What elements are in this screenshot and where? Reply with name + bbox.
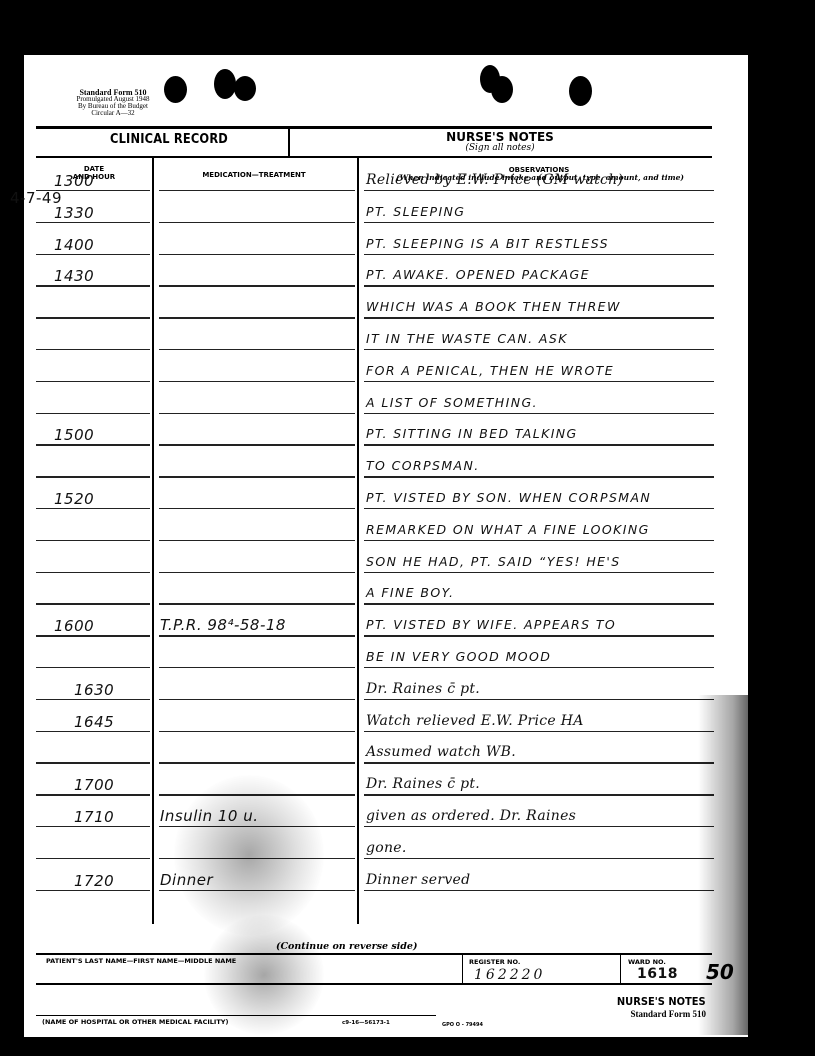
entry-observation: PT. AWAKE. OPENED PACKAGE xyxy=(366,267,590,282)
form-identification: Standard Form 510 Promulgated August 194… xyxy=(58,89,168,117)
date-cell-line xyxy=(36,572,150,573)
date-cell-line xyxy=(36,699,150,700)
entry-time: 1520 xyxy=(54,490,94,508)
nurses-notes-title: NURSE'S NOTES xyxy=(364,130,636,144)
entry-observation: given as ordered. Dr. Raines xyxy=(366,808,576,824)
entry-time: 1645 xyxy=(74,713,114,731)
medication-cell-line xyxy=(159,635,355,636)
entry-medication: T.P.R. 98⁴-58-18 xyxy=(160,616,286,634)
ward-value: 1618 xyxy=(637,966,678,982)
observation-cell-line xyxy=(364,667,714,668)
date-cell-line xyxy=(36,826,150,827)
photocopy-noise xyxy=(204,915,324,1035)
entry-observation: Watch relieved E.W. Price HA xyxy=(366,713,584,729)
observation-cell-line xyxy=(364,858,714,859)
entry-time: 1330 xyxy=(54,204,94,222)
date-cell-line xyxy=(36,508,150,509)
photocopy-noise xyxy=(174,775,324,935)
entry-observation: IT IN THE WASTE CAN. ASK xyxy=(366,331,568,346)
register-divider xyxy=(462,955,463,983)
medication-cell-line xyxy=(159,285,355,286)
entry-time: 1500 xyxy=(54,426,94,444)
register-value: 162220 xyxy=(474,967,545,983)
entry-time: 1710 xyxy=(74,808,114,826)
medication-cell-line xyxy=(159,731,355,732)
entry-time: 1630 xyxy=(74,681,114,699)
ward-divider xyxy=(620,955,621,983)
entry-observation: A FINE BOY. xyxy=(366,585,454,600)
observation-cell-line xyxy=(364,890,714,891)
observation-cell-line xyxy=(364,317,714,318)
gpo-code: GPO O - 79494 xyxy=(442,1022,483,1028)
medication-cell-line xyxy=(159,349,355,350)
footer-form-name: Standard Form 510 xyxy=(630,1009,706,1019)
observation-cell-line xyxy=(364,222,714,223)
medication-cell-line xyxy=(159,699,355,700)
date-cell-line xyxy=(36,222,150,223)
date-cell-line xyxy=(36,381,150,382)
entry-observation: PT. VISTED BY SON. WHEN CORPSMAN xyxy=(366,490,651,505)
date-cell-line xyxy=(36,413,150,414)
hospital-label: (NAME OF HOSPITAL OR OTHER MEDICAL FACIL… xyxy=(42,1018,228,1026)
date-cell-line xyxy=(36,858,150,859)
clinical-record-form: Standard Form 510 Promulgated August 194… xyxy=(24,55,748,1037)
ward-label: WARD NO. xyxy=(628,958,666,966)
medication-cell-line xyxy=(159,444,355,445)
entry-time: 1300 xyxy=(54,172,94,190)
medication-cell-line xyxy=(159,190,355,191)
punch-hole xyxy=(569,76,592,106)
punch-hole xyxy=(491,76,513,103)
entry-observation: PT. SLEEPING IS A BIT RESTLESS xyxy=(366,236,609,251)
date-cell-line xyxy=(36,762,150,763)
observation-cell-line xyxy=(364,413,714,414)
observation-cell-line xyxy=(364,603,714,604)
punch-hole xyxy=(234,76,256,101)
entry-observation: PT. VISTED BY WIFE. APPEARS TO xyxy=(366,617,616,632)
header-rule xyxy=(36,126,712,129)
medication-cell-line xyxy=(159,222,355,223)
date-cell-line xyxy=(36,317,150,318)
entry-observation: gone. xyxy=(366,840,407,856)
date-cell-line xyxy=(36,603,150,604)
photocopy-edge-shadow xyxy=(698,695,748,1035)
entry-observation: FOR A PENICAL, THEN HE WROTE xyxy=(366,363,614,378)
observation-cell-line xyxy=(364,508,714,509)
medication-cell-line xyxy=(159,413,355,414)
medication-cell-line xyxy=(159,254,355,255)
observation-cell-line xyxy=(364,190,714,191)
entry-time: 1720 xyxy=(74,872,114,890)
clinical-record-title: CLINICAL RECORD xyxy=(68,132,270,147)
medication-cell-line xyxy=(159,381,355,382)
date-cell-line xyxy=(36,349,150,350)
date-cell-line xyxy=(36,635,150,636)
title-divider xyxy=(288,128,290,157)
date-cell-line xyxy=(36,476,150,477)
title-rule xyxy=(36,156,712,158)
medication-cell-line xyxy=(159,317,355,318)
entry-observation: TO CORPSMAN. xyxy=(366,458,480,473)
entry-observation: Dinner served xyxy=(366,872,470,888)
entry-observation: A LIST OF SOMETHING. xyxy=(366,395,538,410)
observation-cell-line xyxy=(364,444,714,445)
observation-cell-line xyxy=(364,572,714,573)
observation-cell-line xyxy=(364,381,714,382)
entry-observation: Assumed watch WB. xyxy=(366,744,516,760)
entry-observation: PT. SLEEPING xyxy=(366,204,465,219)
medication-treatment-header: MEDICATION—TREATMENT xyxy=(154,171,354,179)
observation-cell-line xyxy=(364,826,714,827)
sign-all-notes: (Sign all notes) xyxy=(364,143,636,153)
date-cell-line xyxy=(36,285,150,286)
medication-cell-line xyxy=(159,667,355,668)
date-cell-line xyxy=(36,794,150,795)
observation-cell-line xyxy=(364,285,714,286)
date-cell-line xyxy=(36,540,150,541)
entry-observation: REMARKED ON WHAT A FINE LOOKING xyxy=(366,522,650,537)
medication-cell-line xyxy=(159,508,355,509)
observation-cell-line xyxy=(364,476,714,477)
entry-observation: WHICH WAS A BOOK THEN THREW xyxy=(366,299,621,314)
entry-observation: Dr. Raines c̄ pt. xyxy=(366,776,480,792)
observation-cell-line xyxy=(364,635,714,636)
entry-time: 1430 xyxy=(54,267,94,285)
observation-cell-line xyxy=(364,254,714,255)
entry-time: 1600 xyxy=(54,617,94,635)
date-cell-line xyxy=(36,667,150,668)
medication-cell-line xyxy=(159,540,355,541)
date-cell-line xyxy=(36,890,150,891)
observation-cell-line xyxy=(364,699,714,700)
date-cell-line xyxy=(36,731,150,732)
entry-observation: PT. SITTING IN BED TALKING xyxy=(366,426,578,441)
medication-column-divider xyxy=(357,157,359,924)
observation-cell-line xyxy=(364,762,714,763)
entry-observation: BE IN VERY GOOD MOOD xyxy=(366,649,551,664)
entry-observation: Relieved by E.W. Price (GM watch) xyxy=(366,172,623,188)
patient-rule xyxy=(36,983,712,985)
register-label: REGISTER NO. xyxy=(469,958,520,966)
date-cell-line xyxy=(36,254,150,255)
observation-cell-line xyxy=(364,540,714,541)
date-column-divider xyxy=(152,157,154,924)
medication-cell-line xyxy=(159,762,355,763)
print-code: c9-16—56173-1 xyxy=(342,1020,390,1026)
medication-cell-line xyxy=(159,476,355,477)
entry-observation: SON HE HAD, PT. SAID “YES! HE'S xyxy=(366,554,621,569)
circular-text: Circular A—32 xyxy=(58,110,168,117)
footer-rule xyxy=(36,953,712,955)
entry-time: 1700 xyxy=(74,776,114,794)
observation-cell-line xyxy=(364,349,714,350)
entry-observation: Dr. Raines c̄ pt. xyxy=(366,681,480,697)
observation-cell-line xyxy=(364,731,714,732)
footer-form-title: NURSE'S NOTES xyxy=(617,995,706,1008)
punch-hole xyxy=(214,69,236,99)
entry-time: 1400 xyxy=(54,236,94,254)
date-cell-line xyxy=(36,190,150,191)
medication-cell-line xyxy=(159,572,355,573)
medication-cell-line xyxy=(159,603,355,604)
observation-cell-line xyxy=(364,794,714,795)
date-cell-line xyxy=(36,444,150,445)
